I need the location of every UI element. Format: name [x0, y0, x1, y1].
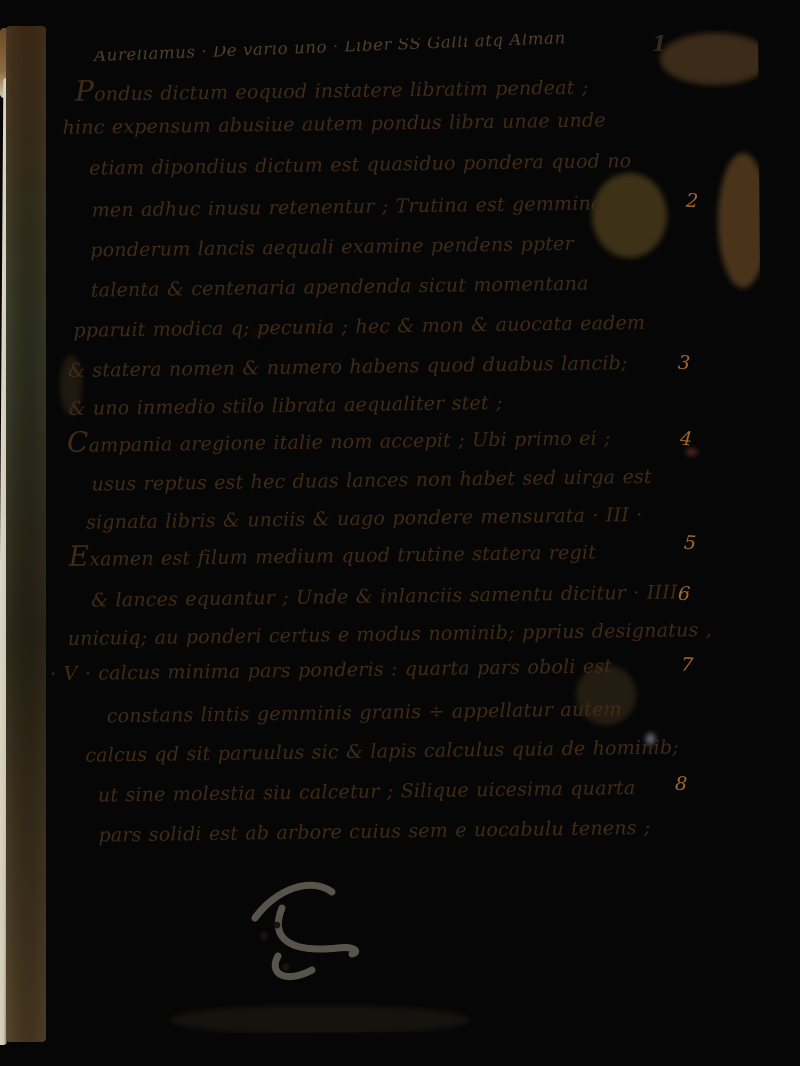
text-line: etiam dipondius dictum est quasiduo pond… — [89, 150, 631, 180]
text-line: constans lintis gemminis granis ÷ appell… — [107, 698, 622, 727]
text-line: Pondus dictum eoquod instatere libratim … — [75, 76, 589, 106]
margin-number: 3 — [677, 352, 691, 375]
text-line: ponderum lancis aequali examine pendens … — [90, 233, 574, 262]
margin-number: 7 — [680, 654, 694, 677]
erased-mark — [220, 870, 380, 990]
text-line: calcus qd sit paruulus sic & lapis calcu… — [85, 736, 679, 766]
text-line: & lances equantur ; Unde & inlanciis sam… — [91, 581, 691, 611]
text-block: Pondus dictum eoquod instatere libratim … — [19, 15, 778, 1040]
text-line: pparuit modica q; pecunia ; hec & mon & … — [73, 312, 645, 342]
text-line: pars solidi est ab arbore cuius sem e uo… — [98, 817, 650, 847]
text-line: ut sine molestia siu calcetur ; Silique … — [98, 777, 636, 807]
text-line: & statera nomen & numero habens quod dua… — [68, 352, 628, 382]
margin-number: 5 — [683, 532, 697, 555]
text-line: usus reptus est hec duas lances non habe… — [91, 466, 651, 496]
photo-background: Aureliamus · De vario uno · Liber SS Gal… — [0, 0, 800, 1066]
margin-number: 6 — [677, 583, 691, 606]
margin-number: 2 — [685, 190, 699, 213]
manuscript-page: Aureliamus · De vario uno · Liber SS Gal… — [20, 25, 765, 1040]
text-line: men adhuc inusu retenentur ; Trutina est… — [92, 192, 603, 221]
text-line: Examen est filum medium quod trutine sta… — [68, 541, 596, 571]
margin-number: 4 — [679, 428, 693, 451]
text-line: talenta & centenaria apendenda sicut mom… — [91, 273, 589, 302]
text-line: unicuiq; au ponderi certus e modus nomin… — [68, 619, 712, 650]
text-line: signata libris & unciis & uago pondere m… — [86, 504, 643, 534]
text-line: & uno inmedio stilo librata aequaliter s… — [68, 392, 502, 420]
text-line: hinc expensum abusiue autem pondus libra… — [62, 109, 605, 139]
text-line: · V · calcus minima pars ponderis : quar… — [50, 655, 612, 685]
margin-number: 8 — [674, 773, 688, 796]
text-line: Campania aregione italie nom accepit ; U… — [67, 426, 611, 457]
